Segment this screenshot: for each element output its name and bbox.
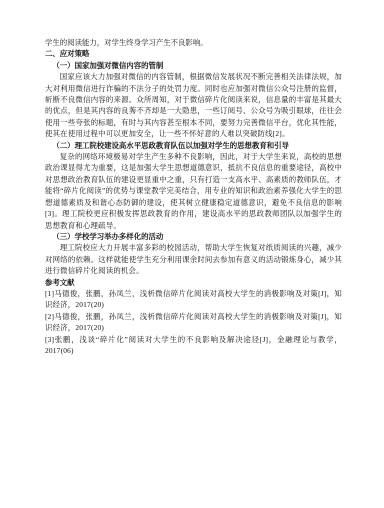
reference-item-1: [1]马德俊，张鹏，孙凤兰，浅析微信碎片化阅读对高校大学生的消极影响及对策[J]… — [45, 288, 342, 311]
subsection-title-3: （三）学校学习举办多样化的活动 — [45, 231, 342, 242]
paragraph-continuation: 学生的阅读能力，对学生终身学习产生不良影响。 — [45, 37, 342, 48]
subsection-title-1: （一）国家加强对微信内容的管制 — [45, 60, 342, 71]
references-title: 参考文献 — [45, 277, 342, 288]
reference-item-3: [3]张鹏，浅谈“碎片化”阅读对大学生的不良影响及解决途径[J]，金融理论与教学… — [45, 334, 342, 357]
subsection-title-2: （二）理工院校建设高水平思政教育队伍以加强对学生的思想教育和引导 — [45, 140, 342, 151]
reference-item-2: [2]马德俊，张鹏，孙凤兰，浅析微信碎片化阅读对高校大学生的消极影响及对策[J]… — [45, 311, 342, 334]
subsection-body-1: 国家应该大力加强对微信的内容管制，根据微信发展状况不断完善相关法律法规，加大对利… — [45, 71, 342, 139]
subsection-body-3: 理工院校应大力开展丰富多彩的校园活动，帮助大学生恢复对纸质阅读的兴趣，减少对网络… — [45, 242, 342, 276]
subsection-body-2: 复杂的网络环境极易对学生产生多种不良影响，因此，对于大学生来说，高校的思想政治课… — [45, 151, 342, 231]
document-page: 学生的阅读能力，对学生终身学习产生不良影响。 二、应对策略 （一）国家加强对微信… — [0, 0, 384, 508]
section-heading: 二、应对策略 — [45, 48, 342, 59]
